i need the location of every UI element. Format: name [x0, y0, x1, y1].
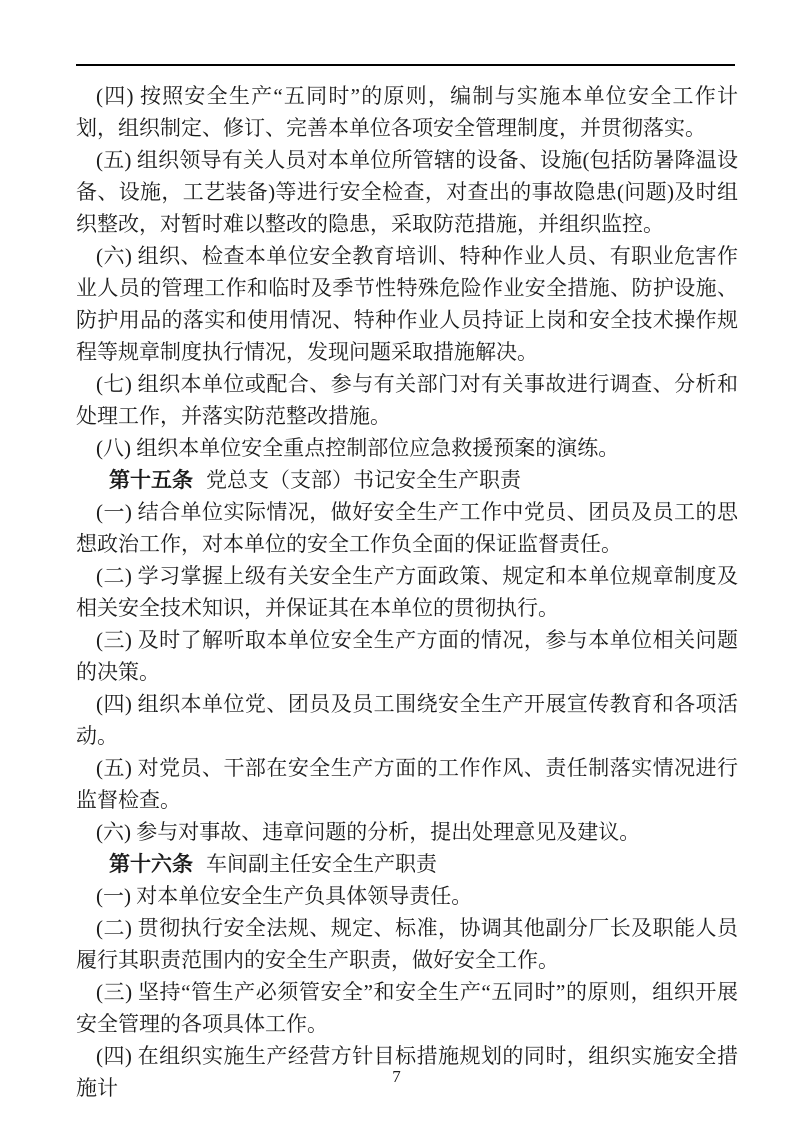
header-rule — [76, 64, 735, 66]
section-heading-title: 党总支（支部）书记安全生产职责 — [206, 468, 521, 492]
paragraph: (二) 学习掌握上级有关安全生产方面政策、规定和本单位规章制度及相关安全技术知识… — [76, 560, 738, 624]
paragraph: (一) 结合单位实际情况，做好安全生产工作中党员、团员及员工的思想政治工作，对本… — [76, 496, 738, 560]
paragraph: (五) 组织领导有关人员对本单位所管辖的设备、设施(包括防暑降温设备、设施，工艺… — [76, 144, 738, 240]
paragraph: (七) 组织本单位或配合、参与有关部门对有关事故进行调查、分析和处理工作，并落实… — [76, 368, 738, 432]
page-footer: 7 — [0, 1066, 793, 1088]
document-page: (四) 按照安全生产“五同时”的原则，编制与实施本单位安全工作计划，组织制定、修… — [0, 0, 793, 1122]
paragraph: (二) 贯彻执行安全法规、规定、标准，协调其他副分厂长及职能人员履行其职责范围内… — [76, 912, 738, 976]
section-heading-number: 第十六条 — [109, 852, 193, 876]
paragraph: (四) 按照安全生产“五同时”的原则，编制与实施本单位安全工作计划，组织制定、修… — [76, 80, 738, 144]
document-body: (四) 按照安全生产“五同时”的原则，编制与实施本单位安全工作计划，组织制定、修… — [76, 80, 738, 1104]
paragraph: (六) 参与对事故、违章问题的分析，提出处理意见及建议。 — [76, 816, 738, 848]
paragraph: (一) 对本单位安全生产负具体领导责任。 — [76, 880, 738, 912]
paragraph: (六) 组织、检查本单位安全教育培训、特种作业人员、有职业危害作业人员的管理工作… — [76, 240, 738, 368]
paragraph: (三) 及时了解听取本单位安全生产方面的情况，参与本单位相关问题的决策。 — [76, 624, 738, 688]
paragraph: (四) 组织本单位党、团员及员工围绕安全生产开展宣传教育和各项活动。 — [76, 688, 738, 752]
paragraph: (三) 坚持“管生产必须管安全”和安全生产“五同时”的原则，组织开展安全管理的各… — [76, 976, 738, 1040]
paragraph: (五) 对党员、干部在安全生产方面的工作作风、责任制落实情况进行监督检查。 — [76, 752, 738, 816]
section-heading: 第十六条车间副主任安全生产职责 — [76, 848, 738, 880]
paragraph: (八) 组织本单位安全重点控制部位应急救援预案的演练。 — [76, 432, 738, 464]
section-heading-title: 车间副主任安全生产职责 — [206, 852, 437, 876]
section-heading: 第十五条党总支（支部）书记安全生产职责 — [76, 464, 738, 496]
page-number: 7 — [392, 1067, 401, 1086]
section-heading-number: 第十五条 — [109, 468, 193, 492]
